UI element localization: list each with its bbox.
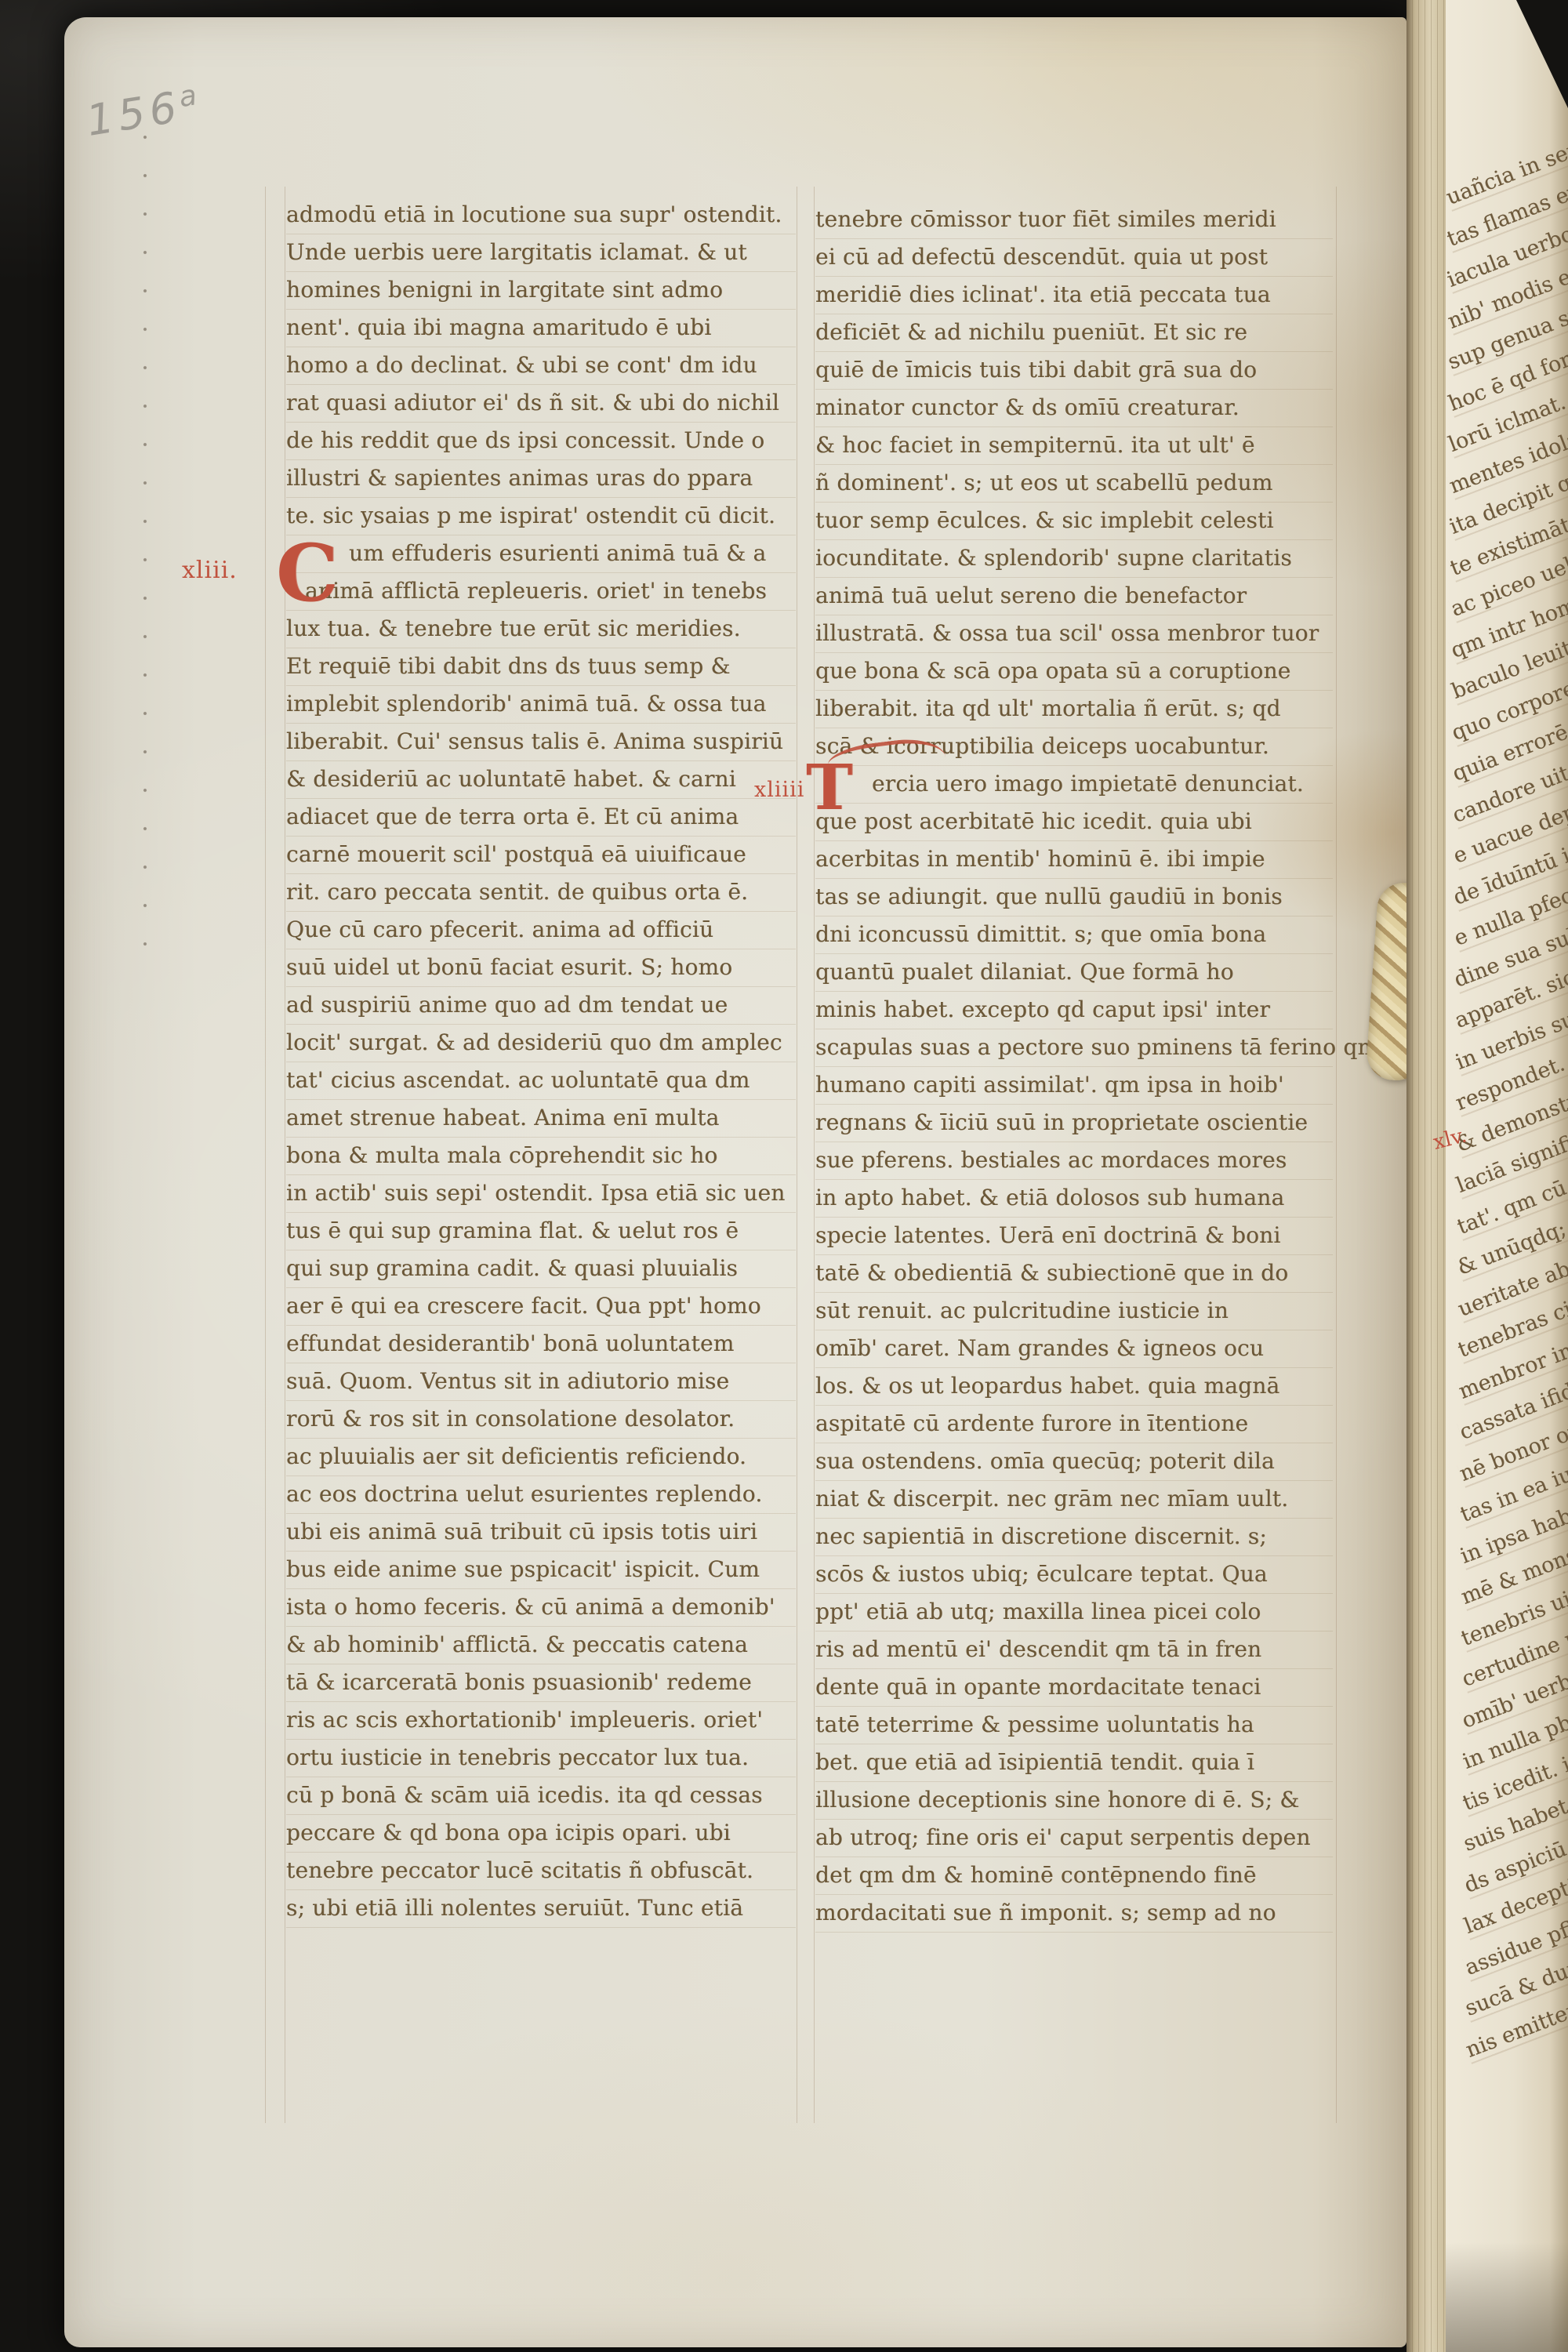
text-line: tuor semp ēculces. & sic implebit celest… — [815, 502, 1333, 539]
text-line: scōs & iustos ubiq; ēculcare teptat. Qua — [815, 1555, 1333, 1593]
text-line: aer ē qui ea crescere facit. Qua ppt' ho… — [286, 1287, 796, 1325]
initial-c: C — [276, 535, 339, 612]
text-line: tatē & obedientiā & subiectionē que in d… — [815, 1254, 1333, 1292]
text-line: tā & icarceratā bonis psuasionib' redeme — [286, 1664, 796, 1701]
text-line: tas se adiungit. que nullū gaudiū in bon… — [815, 878, 1333, 916]
right-page-fragments: uañcia in serpentitas flamas ex ore fiac… — [1406, 0, 1568, 2352]
text-line: implebit splendorib' animā tuā. & ossa t… — [286, 685, 796, 723]
text-line: bus eide anime sue pspicacit' ispicit. C… — [286, 1551, 796, 1588]
text-line: in apto habet. & etiā dolosos sub humana — [815, 1179, 1333, 1217]
text-line: iocunditate. & splendorib' supne clarita… — [815, 539, 1333, 577]
text-line: nec sapientiā in discretione discernit. … — [815, 1518, 1333, 1555]
text-line: te. sic ysaias p me ispirat' ostendit cū… — [286, 497, 796, 535]
text-line: nent'. quia ibi magna amaritudo ē ubi — [286, 309, 796, 347]
text-line: niat & discerpit. nec grām nec mīam uult… — [815, 1480, 1333, 1518]
text-line: amet strenue habeat. Anima enī multa — [286, 1099, 796, 1137]
text-line: ac eos doctrina uelut esurientes replend… — [286, 1475, 796, 1513]
text-line: ortu iusticie in tenebris peccator lux t… — [286, 1739, 796, 1777]
text-line: rat quasi adiutor ei' ds ñ sit. & ubi do… — [286, 384, 796, 422]
text-line: illustratā. & ossa tua scil' ossa menbro… — [815, 615, 1333, 652]
text-line: que post acerbitatē hic icedit. quia ubi — [815, 803, 1333, 840]
text-line: meridiē dies iclinat'. ita etiā peccata … — [815, 276, 1333, 314]
text-line: ercia uero imago impietatē denunciat. — [815, 765, 1333, 803]
text-column-1: admodū etiā in locutione sua supr' osten… — [286, 196, 796, 1927]
pricking-marks — [143, 135, 147, 966]
text-line: regnans & īiciū suū in proprietate oscie… — [815, 1104, 1333, 1142]
text-line: mordacitati sue ñ imponit. s; semp ad no — [815, 1894, 1333, 1932]
text-line: aspitatē cū ardente furore in ītentione — [815, 1405, 1333, 1443]
text-line: tenebre cōmissor tuor fiēt similes merid… — [815, 201, 1333, 238]
text-line: los. & os ut leopardus habet. quia magnā — [815, 1367, 1333, 1405]
text-line: homo a do declinat. & ubi se cont' dm id… — [286, 347, 796, 384]
manuscript-photo: 156a admodū etiā in locutione sua supr' … — [0, 0, 1568, 2352]
text-line: quantū pualet dilaniat. Que formā ho — [815, 953, 1333, 991]
text-line: carnē mouerit scil' postquā eā uiuificau… — [286, 836, 796, 873]
text-line: que bona & scā opa opata sū a coruptione — [815, 652, 1333, 690]
text-line: ris ac scis exhortationib' impleueris. o… — [286, 1701, 796, 1739]
text-line: scapulas suas a pectore suo pminens tā f… — [815, 1029, 1333, 1066]
text-line: specie latentes. Uerā enī doctrinā & bon… — [815, 1217, 1333, 1254]
text-line: acerbitas in mentib' hominū ē. ibi impie — [815, 840, 1333, 878]
chapter-number-xliiii: xliiii — [754, 778, 804, 802]
text-line: illusione deceptionis sine honore di ē. … — [815, 1781, 1333, 1819]
text-line: cū p bonā & scām uiā icedis. ita qd cess… — [286, 1777, 796, 1814]
text-line: minator cunctor & ds omīū creaturar. — [815, 389, 1333, 426]
text-line: suū uidel ut bonū faciat esurit. S; homo — [286, 949, 796, 986]
text-line: ista o homo feceris. & cū animā a demoni… — [286, 1588, 796, 1626]
text-line: bet. que etiā ad īsipientiā tendit. quia… — [815, 1744, 1333, 1781]
text-line: sua ostendens. omīa quecūq; poterit dila — [815, 1443, 1333, 1480]
text-line: in actib' suis sepi' ostendit. Ipsa etiā… — [286, 1174, 796, 1212]
text-line: dni iconcussū dimittit. s; que omīa bona — [815, 916, 1333, 953]
text-line: sūt renuit. ac pulcritudine iusticie in — [815, 1292, 1333, 1330]
text-line: suā. Quom. Ventus sit in adiutorio mise — [286, 1363, 796, 1400]
ruling-line — [1336, 187, 1337, 2123]
text-line: & hoc faciet in sempiternū. ita ut ult' … — [815, 426, 1333, 464]
text-line: um effuderis esurienti animā tuā & a — [286, 535, 796, 572]
text-line: omīb' caret. Nam grandes & igneos ocu — [815, 1330, 1333, 1367]
text-line: peccare & qd bona opa icipis opari. ubi — [286, 1814, 796, 1852]
text-line: bona & multa mala cōprehendit sic ho — [286, 1137, 796, 1174]
text-line: ñ dominent'. s; ut eos ut scabellū pedum — [815, 464, 1333, 502]
text-line: deficiēt & ad nichilu pueniūt. Et sic re — [815, 314, 1333, 351]
chapter-number-xliii: xliii. — [182, 557, 238, 584]
text-line: ab utroq; fine oris ei' caput serpentis … — [815, 1819, 1333, 1857]
text-line: & desideriū ac uoluntatē habet. & carni — [286, 760, 796, 798]
text-line: & ab hominib' afflictā. & peccatis caten… — [286, 1626, 796, 1664]
text-line: admodū etiā in locutione sua supr' osten… — [286, 196, 796, 234]
text-line: adiacet que de terra orta ē. Et cū anima — [286, 798, 796, 836]
text-line: homines benigni in largitate sint admo — [286, 271, 796, 309]
text-line: effundat desiderantib' bonā uoluntatem — [286, 1325, 796, 1363]
text-line: liberabit. Cui' sensus talis ē. Anima su… — [286, 723, 796, 760]
text-line: Unde uerbis uere largitatis iclamat. & u… — [286, 234, 796, 271]
initial-t: T — [806, 756, 853, 818]
text-line: ubi eis animā suā tribuit cū ipsis totis… — [286, 1513, 796, 1551]
text-line: ac pluuialis aer sit deficientis reficie… — [286, 1438, 796, 1475]
text-line: Et requiē tibi dabit dns ds tuus semp & — [286, 648, 796, 685]
text-line: animā afflictā repleueris. oriet' in ten… — [286, 572, 796, 610]
text-line: sue pferens. bestiales ac mordaces mores — [815, 1142, 1333, 1179]
ruling-line — [814, 187, 815, 2123]
text-line: Que cū caro pfecerit. anima ad officiū — [286, 911, 796, 949]
ruling-line — [797, 187, 797, 2123]
text-line: qui sup gramina cadit. & quasi pluuialis — [286, 1250, 796, 1287]
text-line: minis habet. excepto qd caput ipsi' inte… — [815, 991, 1333, 1029]
text-column-2: tenebre cōmissor tuor fiēt similes merid… — [815, 201, 1333, 1932]
text-line: lux tua. & tenebre tue erūt sic meridies… — [286, 610, 796, 648]
text-line: tatē teterrime & pessime uoluntatis ha — [815, 1706, 1333, 1744]
text-line: dente quā in opante mordacitate tenaci — [815, 1668, 1333, 1706]
text-line: ppt' etiā ab utq; maxilla linea picei co… — [815, 1593, 1333, 1631]
right-page-edge: uañcia in serpentitas flamas ex ore fiac… — [1406, 0, 1568, 2352]
text-line: rorū & ros sit in consolatione desolator… — [286, 1400, 796, 1438]
text-line: animā tuā uelut sereno die benefactor — [815, 577, 1333, 615]
text-line: det qm dm & hominē contēpnendo finē — [815, 1857, 1333, 1894]
ruling-line — [265, 187, 266, 2123]
text-line: humano capiti assimilat'. qm ipsa in hoi… — [815, 1066, 1333, 1104]
text-line: tat' cicius ascendat. ac uoluntatē qua d… — [286, 1062, 796, 1099]
text-line: illustri & sapientes animas uras do ppar… — [286, 459, 796, 497]
text-line: ris ad mentū ei' descendit qm tā in fren — [815, 1631, 1333, 1668]
text-line: rit. caro peccata sentit. de quibus orta… — [286, 873, 796, 911]
text-line: locit' surgat. & ad desideriū quo dm amp… — [286, 1024, 796, 1062]
text-line: liberabit. ita qd ult' mortalia ñ erūt. … — [815, 690, 1333, 728]
ruling-line — [285, 187, 285, 2123]
text-line: tus ē qui sup gramina flat. & uelut ros … — [286, 1212, 796, 1250]
text-line: ei cū ad defectū descendūt. quia ut post — [815, 238, 1333, 276]
text-line: ad suspiriū anime quo ad dm tendat ue — [286, 986, 796, 1024]
text-line: s; ubi etiā illi nolentes seruiūt. Tunc … — [286, 1889, 796, 1927]
text-line: de his reddit que ds ipsi concessit. Und… — [286, 422, 796, 459]
text-line: tenebre peccator lucē scitatis ñ obfuscā… — [286, 1852, 796, 1889]
text-line: quiē de īmicis tuis tibi dabit grā sua d… — [815, 351, 1333, 389]
